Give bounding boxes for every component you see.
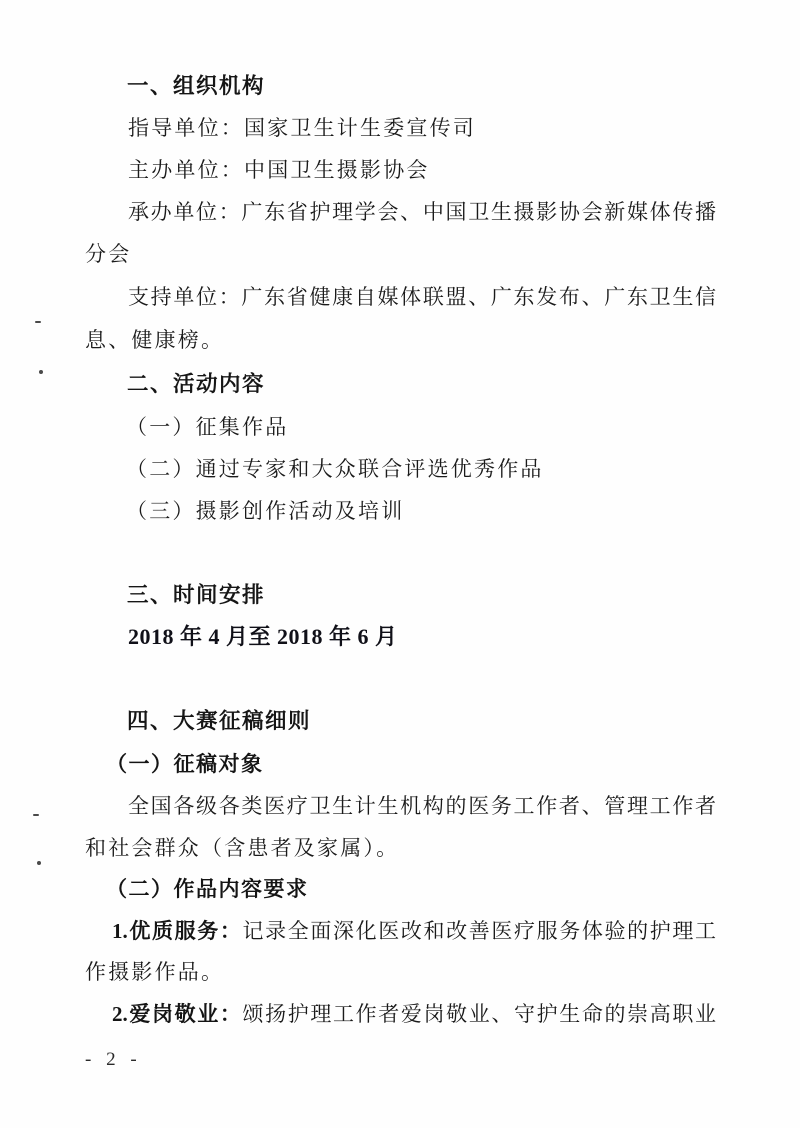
line-support-unit: 支持单位：广东省健康自媒体联盟、广东发布、广东卫生信: [128, 284, 716, 311]
requirement-1-text: 记录全面深化医改和改善医疗服务体验的护理工: [243, 919, 717, 943]
heading-activities: 二、活动内容: [127, 371, 265, 398]
line-guide-unit: 指导单位：国家卫生计生委宣传司: [128, 115, 476, 142]
line-schedule-dates: 2018 年 4 月至 2018 年 6 月: [128, 623, 398, 650]
list-item-collect-works: （一）征集作品: [126, 414, 288, 441]
scan-artifact-dot-2: [37, 861, 41, 865]
requirement-2-label: 2.爱岗敬业：: [112, 1002, 243, 1026]
line-support-unit-wrap: 息、健康榜。: [85, 327, 224, 354]
line-host-unit: 主办单位：中国卫生摄影协会: [128, 157, 430, 184]
line-requirement-1-wrap: 作摄影作品。: [85, 959, 224, 986]
list-item-photo-training: （三）摄影创作活动及培训: [126, 498, 404, 525]
page-number: - 2 -: [85, 1046, 142, 1073]
line-requirement-2: 2.爱岗敬业：颂扬护理工作者爱岗敬业、守护生命的崇高职业: [112, 1001, 716, 1028]
line-requirement-1: 1.优质服务：记录全面深化医改和改善医疗服务体验的护理工: [112, 918, 716, 945]
line-organizer-unit: 承办单位：广东省护理学会、中国卫生摄影协会新媒体传播: [128, 199, 716, 226]
line-target-scope-wrap: 和社会群众（含患者及家属）。: [85, 835, 399, 862]
heading-organization: 一、组织机构: [127, 73, 265, 100]
subheading-content-requirements: （二）作品内容要求: [106, 876, 309, 903]
requirement-2-text: 颂扬护理工作者爱岗敬业、守护生命的崇高职业: [243, 1002, 717, 1026]
scan-artifact-dot-1: [39, 370, 43, 374]
requirement-1-label: 1.优质服务：: [112, 919, 243, 943]
scan-artifact-dash-1: [35, 321, 41, 323]
line-target-scope: 全国各级各类医疗卫生计生机构的医务工作者、管理工作者: [128, 793, 716, 820]
scan-artifact-dash-2: [33, 814, 39, 816]
subheading-submission-target: （一）征稿对象: [106, 751, 264, 778]
line-organizer-unit-wrap: 分会: [85, 241, 131, 268]
heading-contest-rules: 四、大赛征稿细则: [127, 708, 311, 735]
document-page: 一、组织机构 指导单位：国家卫生计生委宣传司 主办单位：中国卫生摄影协会 承办单…: [0, 0, 800, 1128]
heading-schedule: 三、时间安排: [127, 582, 265, 609]
list-item-joint-selection: （二）通过专家和大众联合评选优秀作品: [126, 456, 544, 483]
